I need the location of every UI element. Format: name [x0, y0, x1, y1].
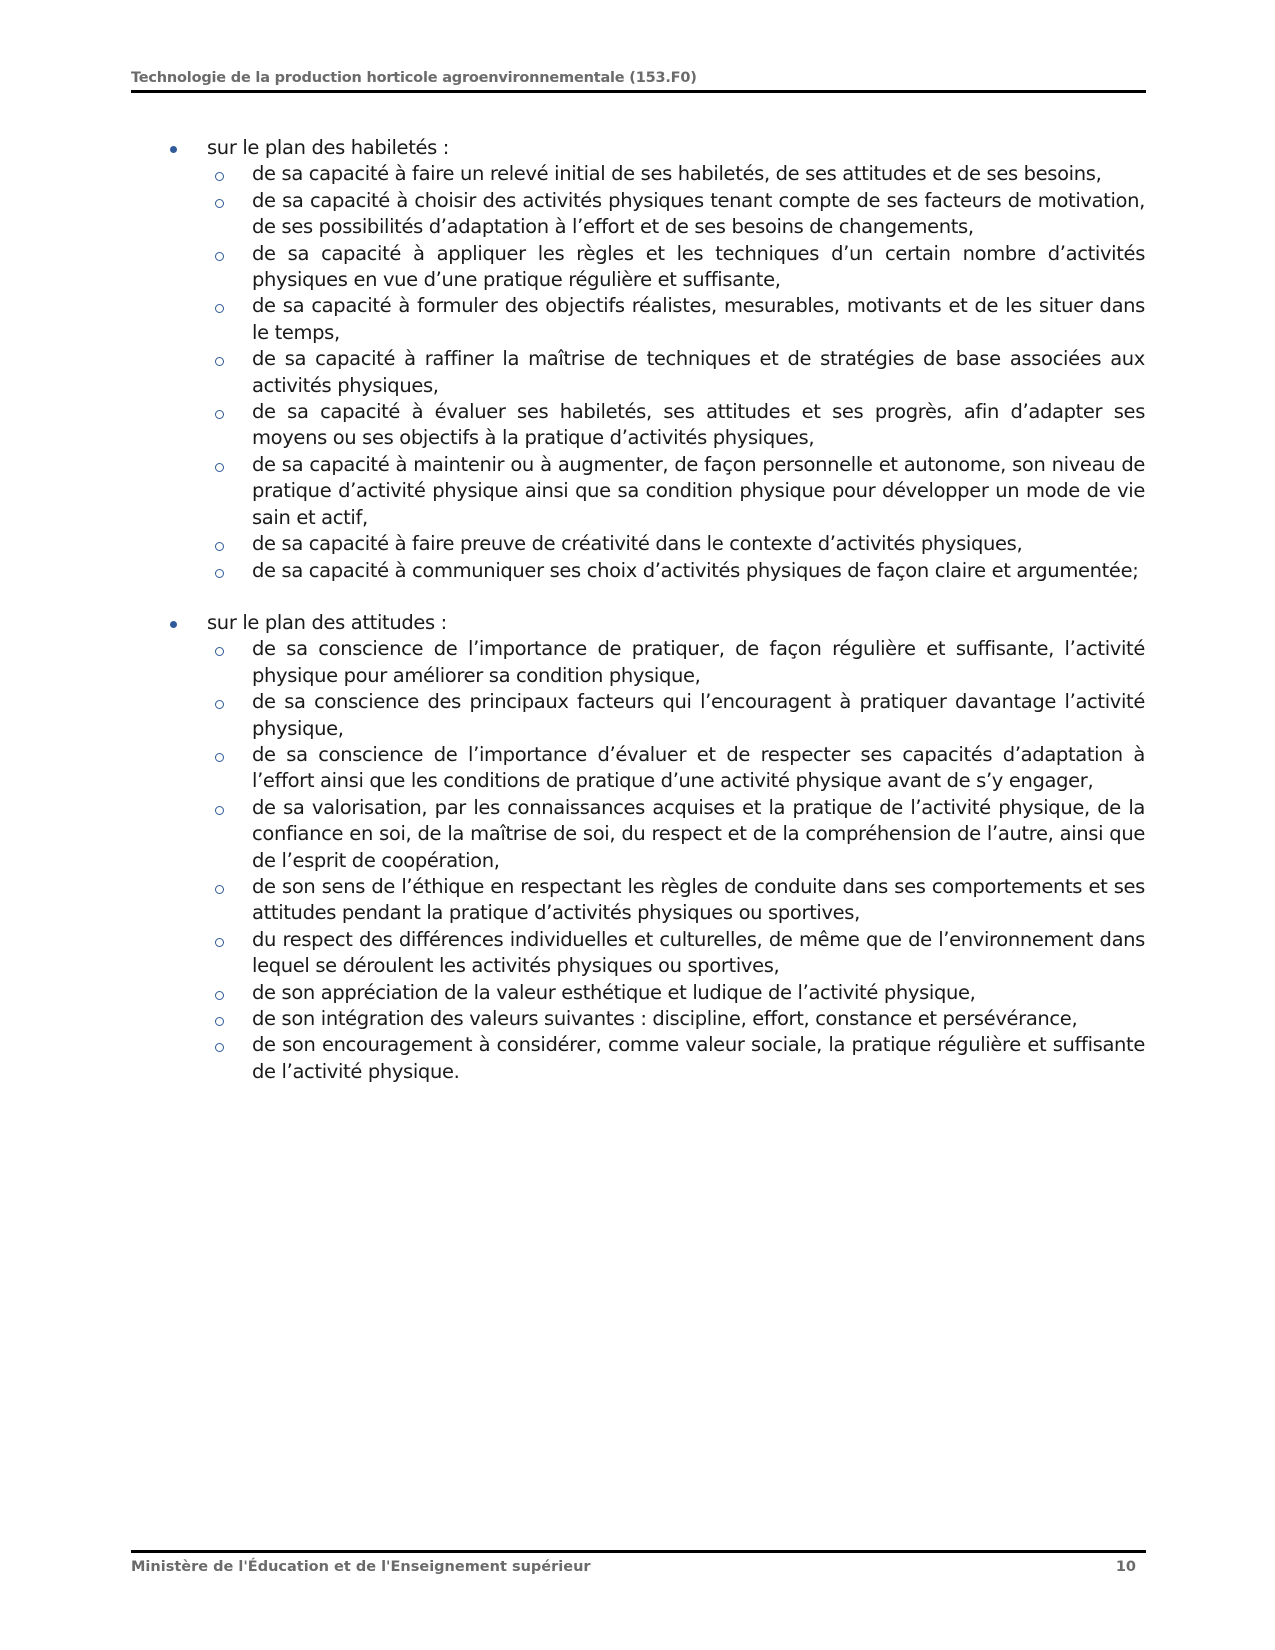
list-item: du respect des différences individuelles…	[167, 927, 1145, 980]
circle-bullet-icon	[215, 753, 224, 762]
circle-bullet-icon	[215, 569, 224, 578]
circle-bullet-icon	[215, 410, 224, 419]
list-item: de sa capacité à communiquer ses choix d…	[167, 558, 1145, 584]
circle-bullet-icon	[215, 172, 224, 181]
list-heading: sur le plan des attitudes :	[167, 610, 1145, 636]
circle-bullet-icon	[215, 199, 224, 208]
footer-ministry: Ministère de l'Éducation et de l'Enseign…	[131, 1559, 591, 1575]
circle-bullet-icon	[215, 647, 224, 656]
circle-bullet-icon	[215, 806, 224, 815]
sub-list: de sa capacité à faire un relevé initial…	[167, 161, 1145, 584]
document-title: Technologie de la production horticole a…	[131, 70, 1146, 90]
header-rule	[131, 90, 1146, 93]
circle-bullet-icon	[215, 252, 224, 261]
page-header: Technologie de la production horticole a…	[131, 70, 1146, 93]
circle-bullet-icon	[215, 1017, 224, 1026]
list-item: de sa capacité à raffiner la maîtrise de…	[167, 346, 1145, 399]
page-number: 10	[1116, 1559, 1146, 1575]
list-item: de sa conscience des principaux facteurs…	[167, 689, 1145, 742]
sub-list: de sa conscience de l’importance de prat…	[167, 636, 1145, 1085]
list-item: de sa conscience de l’importance d’évalu…	[167, 742, 1145, 795]
circle-bullet-icon	[215, 938, 224, 947]
list-item: de sa capacité à choisir des activités p…	[167, 188, 1145, 241]
circle-bullet-icon	[215, 357, 224, 366]
list-item: de sa valorisation, par les connaissance…	[167, 795, 1145, 874]
bullet-icon	[170, 146, 177, 153]
group-attitudes: sur le plan des attitudes : de sa consci…	[167, 610, 1145, 1085]
page-footer: Ministère de l'Éducation et de l'Enseign…	[131, 1550, 1146, 1575]
list-item: de sa capacité à appliquer les règles et…	[167, 241, 1145, 294]
page-content: sur le plan des habiletés : de sa capaci…	[167, 135, 1145, 1111]
list-item: de son intégration des valeurs suivantes…	[167, 1006, 1145, 1032]
list-item: de sa capacité à faire un relevé initial…	[167, 161, 1145, 187]
circle-bullet-icon	[215, 885, 224, 894]
bullet-icon	[170, 621, 177, 628]
list-item: de son sens de l’éthique en respectant l…	[167, 874, 1145, 927]
list-item: de sa capacité à formuler des objectifs …	[167, 293, 1145, 346]
list-item: de sa capacité à évaluer ses habiletés, …	[167, 399, 1145, 452]
circle-bullet-icon	[215, 542, 224, 551]
circle-bullet-icon	[215, 700, 224, 709]
list-item: de son appréciation de la valeur esthéti…	[167, 980, 1145, 1006]
circle-bullet-icon	[215, 991, 224, 1000]
list-heading: sur le plan des habiletés :	[167, 135, 1145, 161]
list-item: de sa conscience de l’importance de prat…	[167, 636, 1145, 689]
list-item: de sa capacité à maintenir ou à augmente…	[167, 452, 1145, 531]
circle-bullet-icon	[215, 304, 224, 313]
circle-bullet-icon	[215, 1043, 224, 1052]
circle-bullet-icon	[215, 463, 224, 472]
list-item: de sa capacité à faire preuve de créativ…	[167, 531, 1145, 557]
list-item: de son encouragement à considérer, comme…	[167, 1032, 1145, 1085]
group-habiletes: sur le plan des habiletés : de sa capaci…	[167, 135, 1145, 584]
